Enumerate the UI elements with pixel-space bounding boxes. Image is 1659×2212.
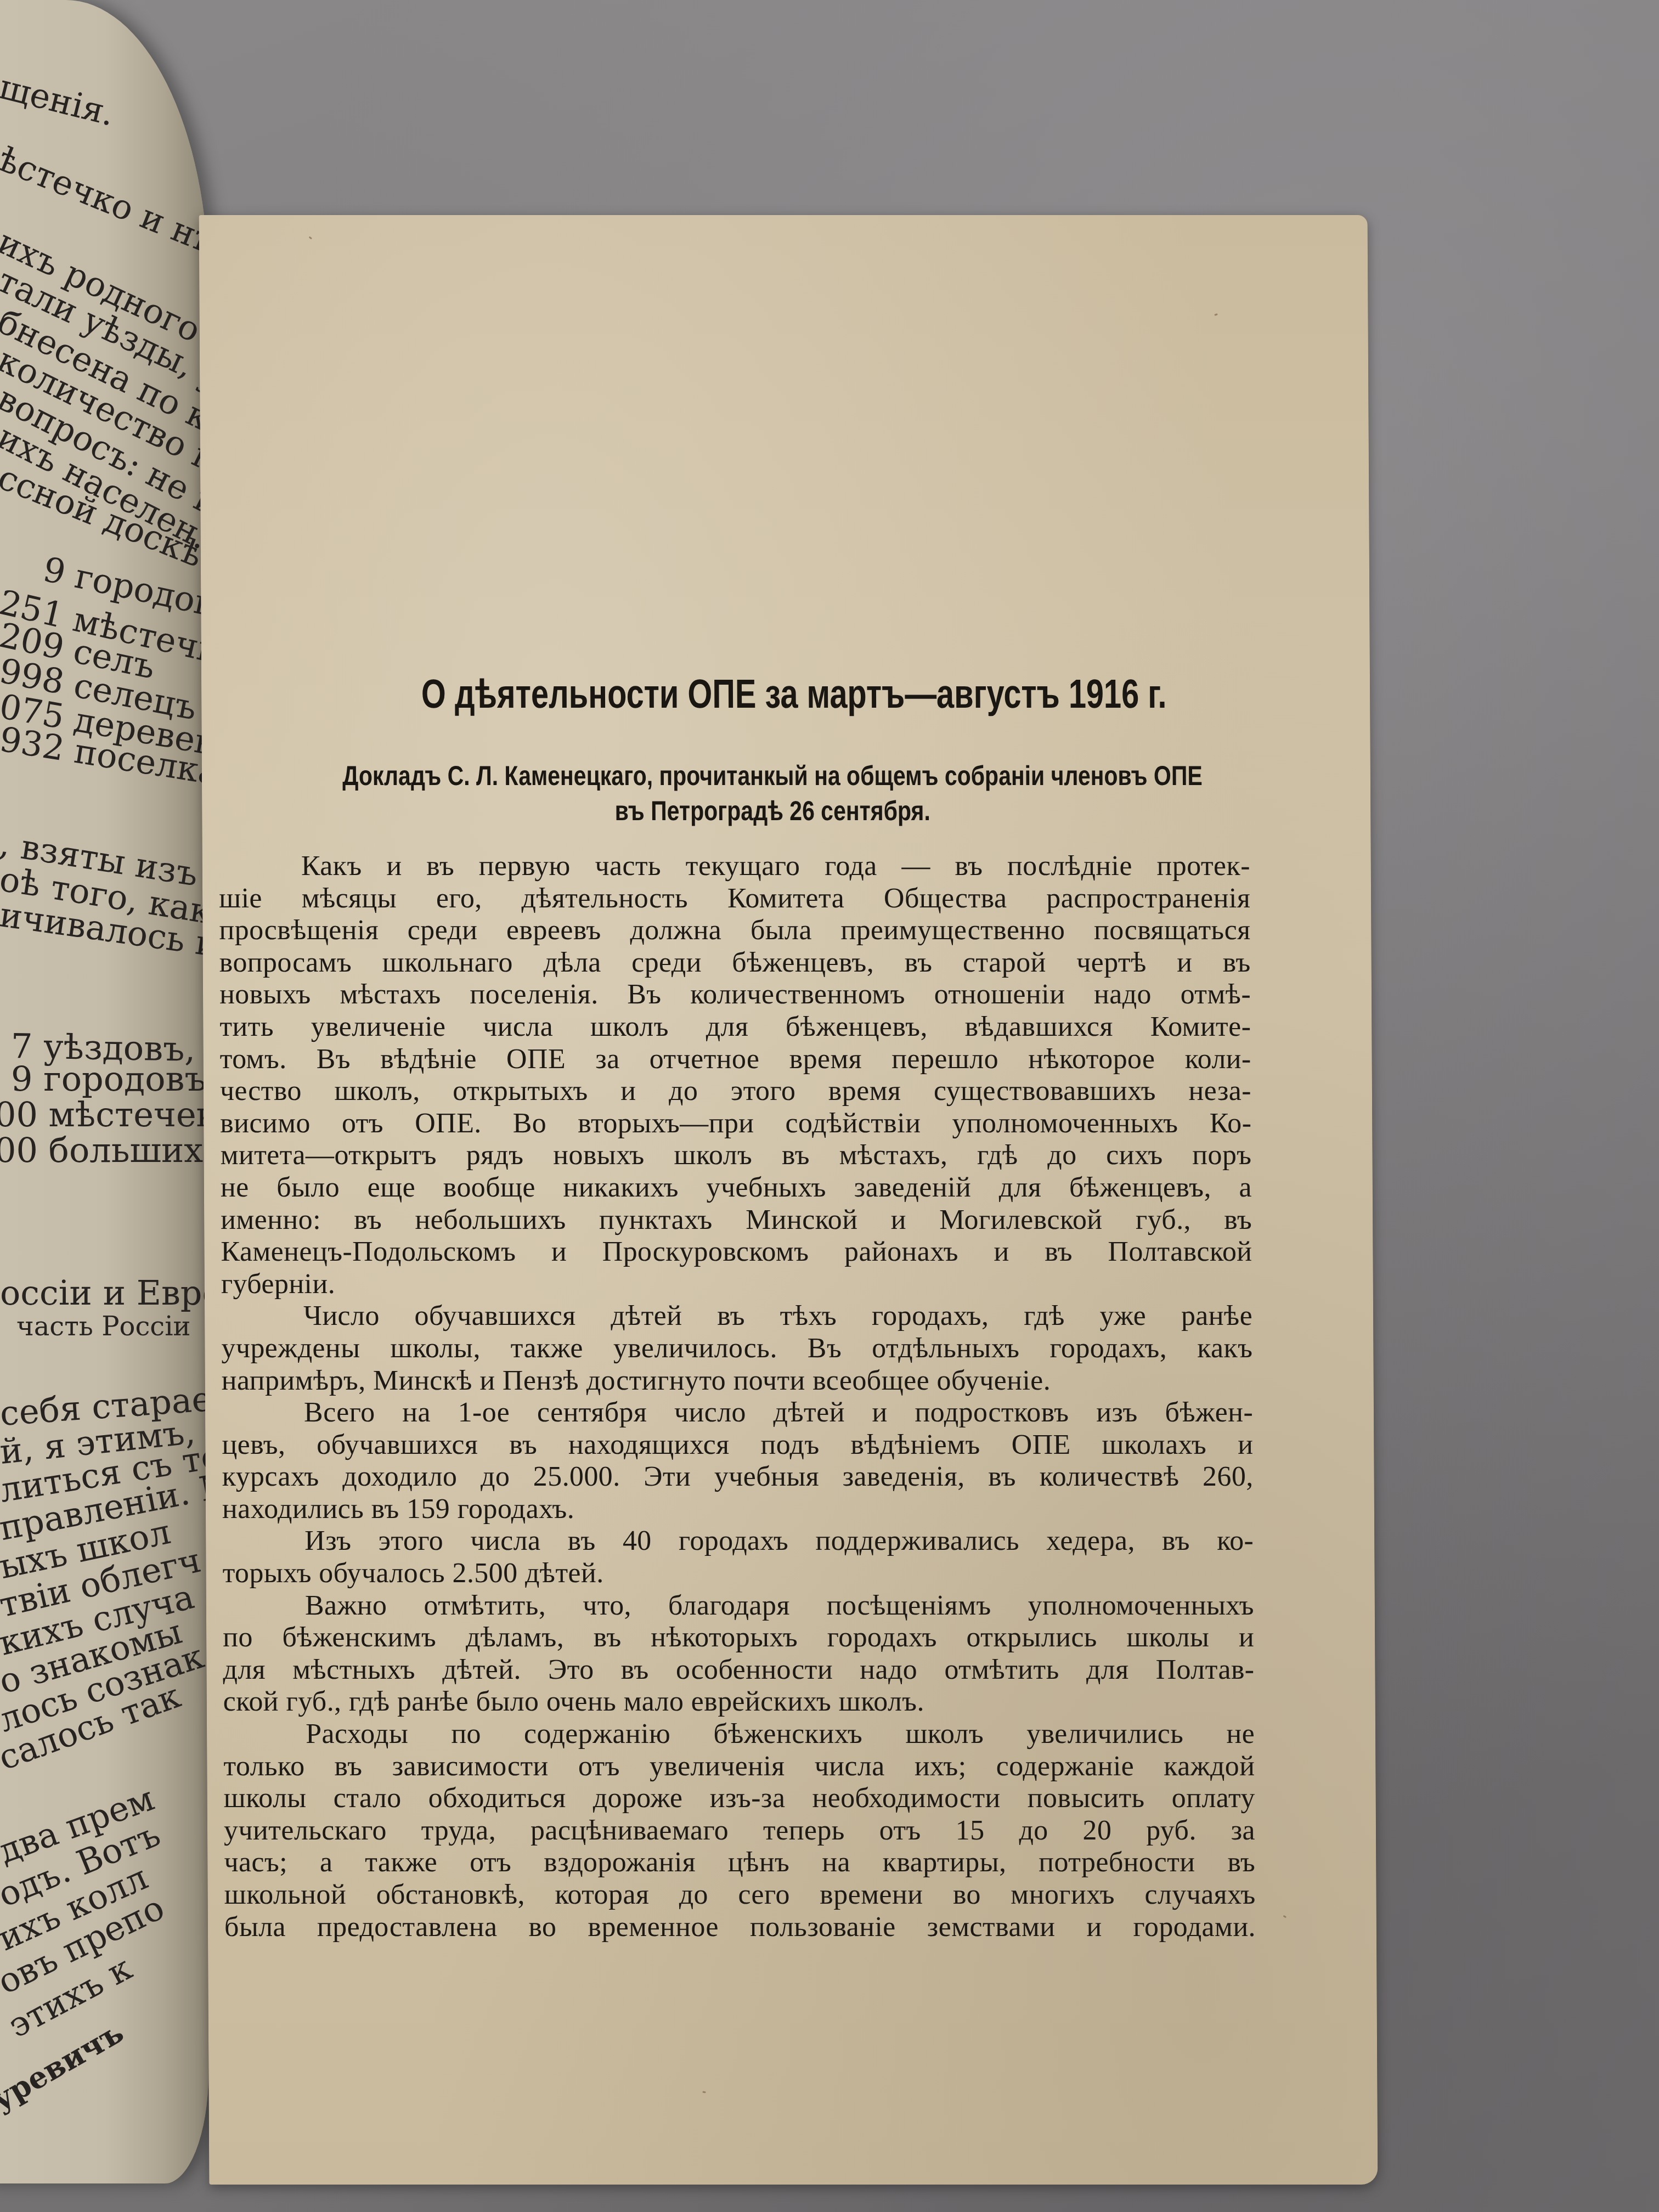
left-page-fragment: щенія. ѣстечко и нѣско ихъ родного гор т…: [0, 0, 208, 2183]
body-line: именно: въ небольшихъ пунктахъ Минской и…: [221, 1204, 1252, 1237]
body-line: Важно отмѣтить, что, благодаря посѣщенія…: [223, 1590, 1254, 1622]
left-page-text: часть Россіи: [16, 1311, 190, 1342]
body-line: томъ. Въ вѣдѣніе ОПЕ за отчетное время п…: [220, 1043, 1251, 1076]
paper-speck: [1214, 313, 1218, 316]
body-line: школы стало обходиться дороже изъ-за нео…: [224, 1782, 1255, 1815]
article-body: Какъ и въ первую часть текущаго года — в…: [219, 850, 1256, 1943]
document-page: О дѣятельности ОПЕ за мартъ—августъ 1916…: [199, 215, 1378, 2185]
paper-speck: [702, 2091, 706, 2093]
body-line: торыхъ обучалось 2.500 дѣтей.: [222, 1558, 1254, 1590]
byline-line-1: Докладъ С. Л. Каменецкаго, прочитанкый н…: [323, 758, 1222, 793]
page-content: О дѣятельности ОПЕ за мартъ—августъ 1916…: [199, 215, 1378, 2185]
article-byline: Докладъ С. Л. Каменецкаго, прочитанкый н…: [323, 758, 1223, 828]
body-line: Всего на 1-ое сентября число дѣтей и под…: [222, 1397, 1253, 1429]
body-line: тить увеличеніе числа школъ для бѣженцев…: [219, 1011, 1251, 1043]
body-line: Какъ и въ первую часть текущаго года — в…: [219, 850, 1250, 883]
body-line: Расходы по содержанію бѣженскихъ школъ у…: [223, 1718, 1255, 1751]
body-line: просвѣщенія среди евреевъ должна была пр…: [219, 915, 1250, 947]
body-line: только въ зависимости отъ увеличенія чис…: [223, 1751, 1255, 1783]
left-page-stat: 00 большихъ: [0, 1130, 208, 1170]
body-line: Изъ этого числа въ 40 городахъ поддержив…: [222, 1525, 1254, 1558]
body-line: была предоставлена во временное пользова…: [224, 1911, 1256, 1944]
left-page-stat: 9 городовъ: [11, 1059, 206, 1099]
left-page-text: щенія.: [0, 66, 119, 134]
byline-line-2: въ Петроградѣ 26 сентября.: [323, 793, 1222, 828]
left-page-text: оссіи и Европ: [0, 1273, 208, 1313]
body-line: чество школъ, открытыхъ и до этого время…: [220, 1075, 1251, 1108]
body-line: губерніи.: [221, 1268, 1252, 1301]
body-line: учреждены школы, также увеличилось. Въ о…: [221, 1333, 1252, 1365]
body-line: Число обучавшихся дѣтей въ тѣхъ городахъ…: [221, 1300, 1252, 1333]
body-line: ской губ., гдѣ ранѣе было очень мало евр…: [223, 1686, 1255, 1718]
body-line: цевъ, обучавшихся въ находящихся подъ вѣ…: [222, 1429, 1253, 1462]
paper-speck: [309, 236, 313, 239]
body-line: висимо отъ ОПЕ. Во вторыхъ—при содѣйстві…: [220, 1108, 1251, 1140]
body-line: митета—открытъ рядъ новыхъ школъ въ мѣст…: [220, 1139, 1251, 1172]
body-line: курсахъ доходило до 25.000. Эти учебныя …: [222, 1461, 1253, 1493]
body-line: учительскаго труда, расцѣниваемаго тепер…: [224, 1815, 1255, 1847]
body-line: шіе мѣсяцы его, дѣятельность Комитета Об…: [219, 883, 1250, 915]
left-page-stat: 00 мѣстечекъ: [0, 1094, 208, 1135]
body-line: находились въ 159 городахъ.: [222, 1493, 1254, 1526]
body-line: для мѣстныхъ дѣтей. Это въ особенности н…: [223, 1654, 1254, 1686]
article-title: О дѣятельности ОПЕ за мартъ—августъ 1916…: [417, 670, 1171, 717]
body-line: часъ; а также отъ вздорожанія цѣнъ на кв…: [224, 1847, 1255, 1879]
body-line: по бѣженскимъ дѣламъ, въ нѣкоторыхъ горо…: [223, 1622, 1254, 1654]
body-line: новыхъ мѣстахъ поселенія. Въ количествен…: [219, 979, 1251, 1011]
body-line: школьной обстановкѣ, которая до сего вре…: [224, 1879, 1255, 1911]
body-line: вопросамъ школьнаго дѣла среди бѣженцевъ…: [219, 947, 1251, 979]
body-line: не было еще вообще никакихъ учебныхъ зав…: [221, 1172, 1252, 1204]
body-line: Каменецъ-Подольскомъ и Проскуровскомъ ра…: [221, 1236, 1252, 1268]
body-line: напримѣръ, Минскѣ и Пензѣ достигнуто поч…: [222, 1365, 1253, 1397]
paper-speck: [1283, 1915, 1286, 1918]
